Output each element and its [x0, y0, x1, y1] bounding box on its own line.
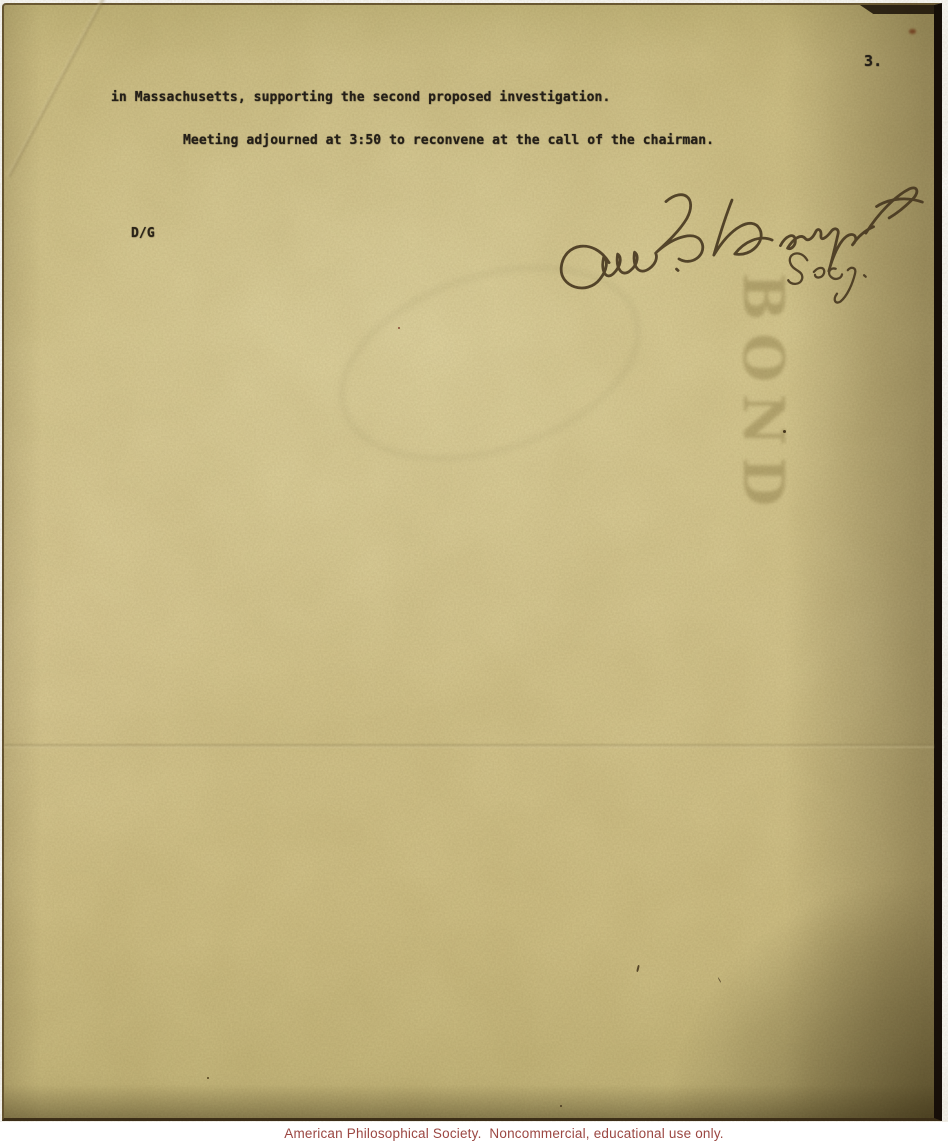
paper-crease-diagonal: [7, 0, 107, 177]
paper-speck: [398, 327, 400, 329]
paper-speck: [909, 29, 916, 34]
paper-crease-horizontal: [4, 744, 934, 748]
signature-title-text: Secy.: [4, 5, 5, 6]
paper-speck: [718, 977, 722, 983]
signature-davenport: [540, 151, 948, 327]
footer-bar: American Philosophical Society. Noncomme…: [0, 1122, 948, 1145]
signature-name-text: Chas B. Davenport: [4, 5, 5, 6]
paper-speck: [783, 430, 786, 433]
paper-speck: [636, 965, 640, 972]
page-number: 3.: [864, 52, 882, 70]
typed-line: in Massachusetts, supporting the second …: [111, 90, 610, 105]
document-scan: BOND 3. in Massachusetts, supporting the…: [0, 0, 948, 1145]
typist-initials: D/G: [131, 226, 155, 241]
footer-caption: American Philosophical Society. Noncomme…: [284, 1126, 724, 1141]
paper-edge-shadow: [860, 5, 934, 14]
paper-speck: [560, 1105, 562, 1107]
paper-speck: [207, 1077, 209, 1079]
typed-line: Meeting adjourned at 3:50 to reconvene a…: [183, 133, 714, 148]
paper-sheet: BOND 3. in Massachusetts, supporting the…: [2, 3, 942, 1121]
